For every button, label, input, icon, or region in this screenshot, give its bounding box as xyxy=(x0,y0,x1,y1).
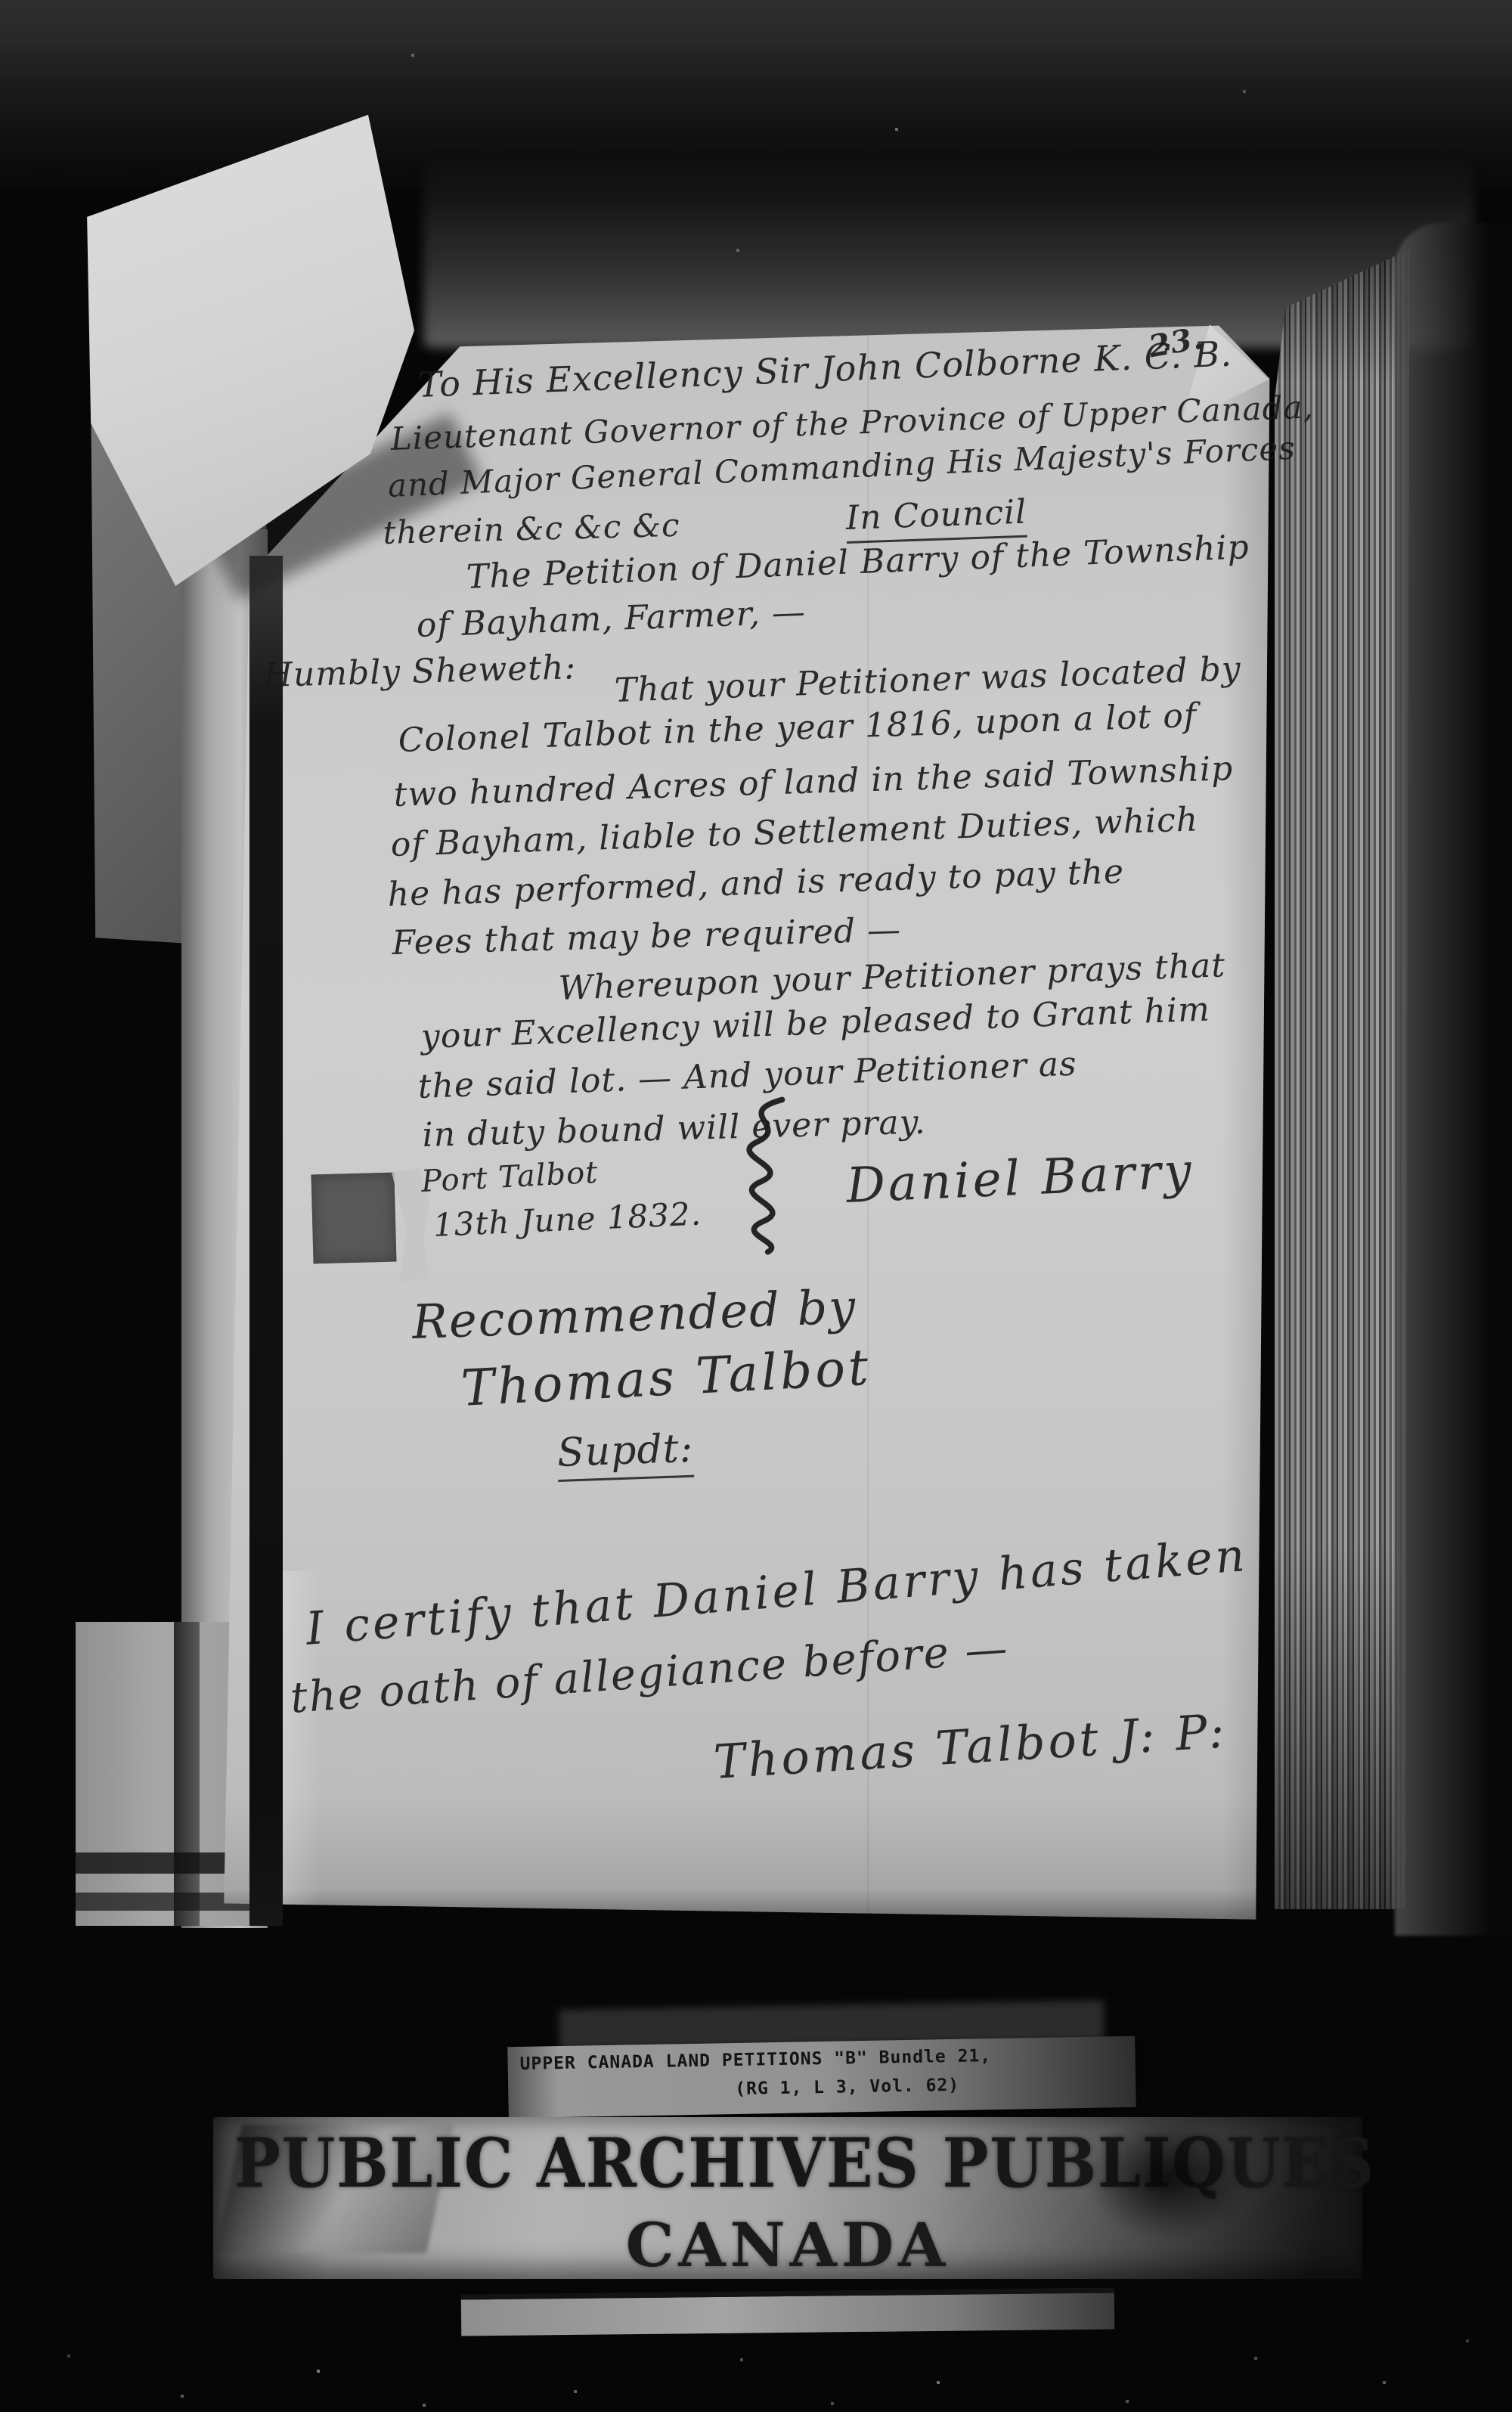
ink-blot-patch xyxy=(311,1173,396,1264)
archives-sign-line-2: CANADA xyxy=(213,2209,1362,2280)
page-bottom-shading xyxy=(215,1890,1274,1924)
superintendent-title: Supdt: xyxy=(556,1426,694,1482)
fore-edge-shading xyxy=(1275,250,1409,1909)
salutation-line-4: therein &c &c &c xyxy=(383,507,680,551)
book-fore-edge-outer xyxy=(1395,223,1512,1936)
page-edge-gap xyxy=(174,1622,200,1926)
humbly-sheweth: Humbly Sheweth: xyxy=(263,648,577,695)
binding-shadow-stripe xyxy=(249,556,283,1926)
microfilm-frame: 23. To His Excellency Sir John Colborne … xyxy=(0,0,1512,2412)
archive-reference-label: UPPER CANADA LAND PETITIONS "B" Bundle 2… xyxy=(507,2036,1136,2118)
in-council-note: In Council xyxy=(845,493,1027,544)
archive-label-line-2: (RG 1, L 3, Vol. 62) xyxy=(735,2076,959,2099)
archive-label-line-1: UPPER CANADA LAND PETITIONS "B" Bundle 2… xyxy=(519,2046,991,2074)
public-archives-sign: PUBLIC ARCHIVES PUBLIQUES CANADA xyxy=(213,2117,1362,2279)
book-fore-edge xyxy=(1275,250,1409,1909)
sign-bottom-edge-strip xyxy=(461,2287,1115,2336)
film-grain xyxy=(0,0,2,2)
